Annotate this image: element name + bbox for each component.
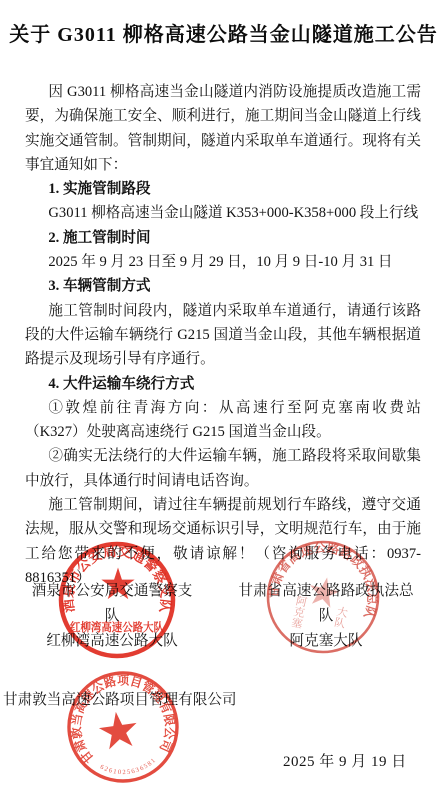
star-icon [97,709,140,750]
star-icon [306,574,342,609]
body-paragraph: 施工管制时间段内，隧道内采取单车道通行，请通行该路段的大件运输车辆绕行 G215… [25,299,421,372]
seal-code-text: 6261025636581 [98,756,159,780]
star-icon [101,568,134,600]
body-line: G3011 柳格高速当金山隧道 K353+000-K358+000 段上行线 [25,201,421,225]
section-heading: 1. 实施管制路段 [25,177,421,201]
issue-date: 2025 年 9 月 19 日 [283,750,407,771]
body-paragraph: ②确实无法绕行的大件运输车辆，施工路段将采取间歇集中放行，具体通行时间请电话咨询… [25,444,421,493]
svg-text:甘肃敦当高速公路项目管理有限公司: 甘肃敦当高速公路项目管理有限公司 [61,665,181,768]
announcement-body: 因 G3011 柳格高速当金山隧道内消防设施提质改造施工需要，为确保施工安全、顺… [25,80,421,590]
body-paragraph: ①敦煌前往青海方向：从高速行至阿克塞南收费站（K327）处驶离高速绕行 G215… [25,396,421,445]
body-paragraph: 因 G3011 柳格高速当金山隧道内消防设施提质改造施工需要，为确保施工安全、顺… [25,80,421,177]
section-heading: 2. 施工管制时间 [25,226,421,250]
seal-ring-text: 甘肃敦当高速公路项目管理有限公司 [61,665,181,768]
company-seal-stamp: 甘肃敦当高速公路项目管理有限公司 6261025636581 [55,659,191,791]
page-title: 关于 G3011 柳格高速公路当金山隧道施工公告 [0,18,447,47]
seal-inner-text-left: 阿克塞 [289,594,308,629]
law-enforcement-seal-stamp: 甘肃省高速公路路政执法总队 阿克塞 大队 [251,525,396,670]
section-heading: 3. 车辆管制方式 [25,274,421,298]
announcement-page: 关于 G3011 柳格高速公路当金山隧道施工公告 因 G3011 柳格高速当金山… [0,0,447,791]
section-heading: 4. 大件运输车绕行方式 [25,372,421,396]
seal-inner-text-right: 大队 [332,604,349,629]
seal-bottom-text: 红柳湾高速公路大队 [70,620,164,634]
body-line: 2025 年 9 月 23 日至 9 月 29 日，10 月 9 日-10 月 … [25,250,421,274]
police-seal-stamp: 酒泉市公安局交通警察支队 红柳湾高速公路大队 [54,537,180,663]
svg-text:6261025636581: 6261025636581 [98,756,159,780]
